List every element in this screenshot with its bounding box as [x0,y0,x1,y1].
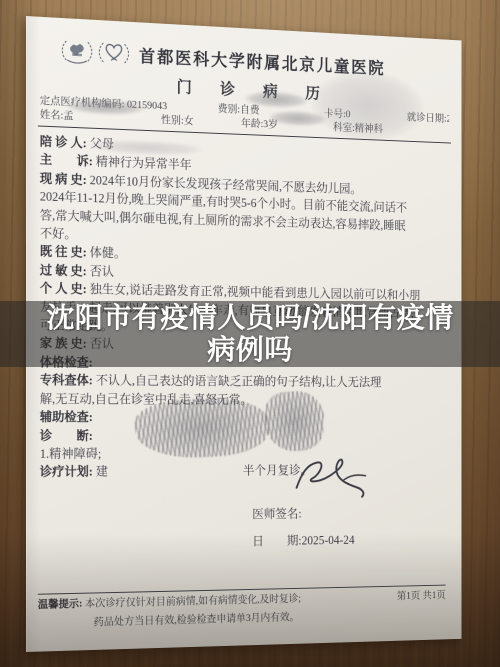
caption-overlay-banner: 沈阳市有疫情人员吗/沈阳有疫情病例吗 [0,301,500,367]
heart-hands-emblem-icon [98,36,129,69]
caption-text: 沈阳市有疫情人员吗/沈阳有疫情病例吗 [34,302,466,366]
patient-gender: 性别:女 [161,114,241,131]
document-footer: 温馨提示: 本次诊疗仅针对目前病情,如有病情变化,及时复诊; 第1页 共1页 药… [26,584,461,632]
specialist-exam-line-1: 专科查体: 不认人,自己表达的语言缺乏正确的句子结构,让人无法理 [40,371,448,392]
treatment-plan-line: 诊疗计划: 建半个月复诊。 [40,461,448,481]
doctor-signature-line: 医师签名: [252,503,447,523]
hospital-logos [61,34,129,69]
date-line: 日 期:2025-04-24 [252,530,447,551]
hospital-emblem-icon [61,34,92,67]
doctor-signature-handwriting [289,455,373,502]
page-indicator: 第1页 共1页 [397,588,446,603]
